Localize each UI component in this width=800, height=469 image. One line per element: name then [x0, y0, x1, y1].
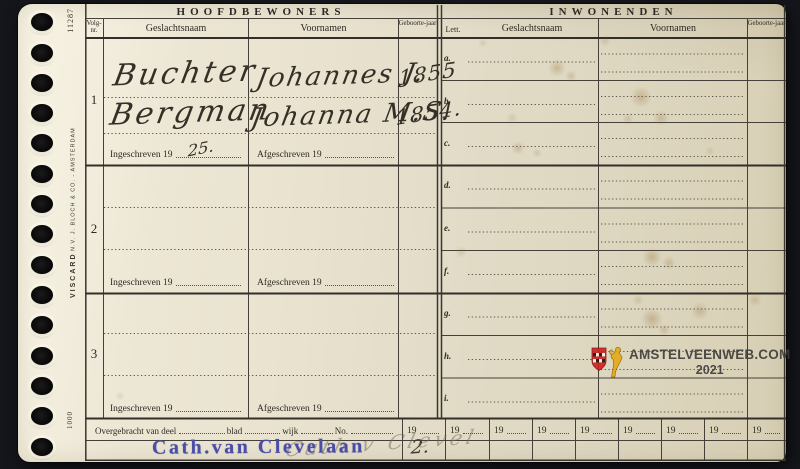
overgebracht-label: Overgebracht van deel [95, 426, 176, 436]
watermark-year: 2021 [696, 363, 724, 377]
letter-row-f: f. [444, 266, 462, 276]
year-prefix: 19 [623, 426, 633, 436]
ingeschreven-line-3: Ingeschreven 19 [110, 401, 243, 414]
watermark-text: AMSTELVEENWEB.COM 2021 [629, 347, 790, 377]
dotted-fill [679, 433, 699, 434]
row-number-2: 2 [86, 221, 102, 237]
dotted-fill [550, 433, 570, 434]
ingeschreven-line-1: Ingeschreven 19 [110, 147, 243, 160]
address-stamp: Cath.van Clevelaan [152, 435, 365, 459]
watermark: AMSTELVEENWEB.COM 2021 [591, 347, 790, 379]
row-number-1: 1 [86, 92, 102, 108]
ingeschreven-label: Ingeschreven 19 [110, 404, 173, 414]
handwritten-surname-1: Buchter [110, 54, 260, 94]
ingeschreven-label: Ingeschreven 19 [110, 150, 173, 160]
dotted-fill [176, 411, 241, 412]
year-prefix: 19 [752, 426, 762, 436]
dotted-fill [636, 433, 656, 434]
ingeschreven-label: Ingeschreven 19 [110, 278, 173, 288]
year-cell: 19 [580, 423, 614, 436]
column-header-volgnr: Volg-nr. [85, 20, 103, 34]
year-cell: 19 [666, 423, 700, 436]
afgeschreven-line-3: Afgeschreven 19 [257, 401, 396, 414]
ingeschreven-line-2: Ingeschreven 19 [110, 275, 243, 288]
column-header-geslachtsnaam-left: Geslachtsnaam [104, 23, 248, 34]
letter-row-d: d. [444, 180, 462, 190]
wijk-label: wijk [282, 426, 298, 436]
year-prefix: 19 [537, 426, 547, 436]
letter-row-i: i. [444, 393, 462, 403]
afgeschreven-label: Afgeschreven 19 [257, 404, 322, 414]
dotted-fill [765, 433, 781, 434]
dotted-fill [176, 285, 241, 286]
letter-row-h: h. [444, 351, 462, 361]
afgeschreven-label: Afgeschreven 19 [257, 278, 322, 288]
year-cell: 19 [752, 423, 782, 436]
letter-row-a: a. [444, 53, 462, 63]
column-header-geboortejaar-left: Geboorte-jaar [398, 20, 437, 27]
letter-row-g: g. [444, 308, 462, 318]
letter-row-b: b. [444, 96, 462, 106]
column-header-voornamen-left: Voornamen [249, 23, 398, 34]
handwritten-house-number: 2. [410, 435, 430, 458]
blad-label: blad [227, 426, 243, 436]
year-prefix: 19 [666, 426, 676, 436]
dotted-fill [593, 433, 613, 434]
year-cell: 19 [537, 423, 571, 436]
dotted-fill [325, 285, 394, 286]
year-prefix: 19 [709, 426, 719, 436]
scan-background: 11287 VISCARD N.V. J. BLOCH & CO. - AMST… [0, 0, 800, 469]
letter-row-e: e. [444, 223, 462, 233]
afgeschreven-label: Afgeschreven 19 [257, 150, 322, 160]
column-header-lett: Lett. [441, 25, 465, 34]
column-header-voornamen-right: Voornamen [599, 23, 747, 34]
column-header-geslachtsnaam-right: Geslachtsnaam [466, 23, 598, 34]
year-prefix: 19 [580, 426, 590, 436]
watermark-site: AMSTELVEENWEB.COM [629, 347, 790, 362]
dotted-fill [325, 411, 394, 412]
dotted-fill [179, 433, 224, 434]
dotted-fill [722, 433, 742, 434]
letter-row-c: c. [444, 138, 462, 148]
dotted-fill [245, 433, 280, 434]
dotted-fill [176, 157, 241, 158]
afgeschreven-line-1: Afgeschreven 19 [257, 147, 396, 160]
year-cell: 19 [709, 423, 743, 436]
year-cell: 19 [623, 423, 657, 436]
row-number-3: 3 [86, 346, 102, 362]
section-title-hoofdbewoners: HOOFDBEWONERS [85, 6, 437, 18]
afgeschreven-line-2: Afgeschreven 19 [257, 275, 396, 288]
dotted-fill [325, 157, 394, 158]
dotted-fill [507, 433, 527, 434]
section-title-inwonenden: INWONENDEN [441, 6, 786, 18]
year-cell: 19 [494, 423, 528, 436]
year-prefix: 19 [494, 426, 504, 436]
column-header-geboortejaar-right: Geboorte-jaar [747, 20, 786, 27]
amstelveen-crest-icon [591, 347, 625, 379]
